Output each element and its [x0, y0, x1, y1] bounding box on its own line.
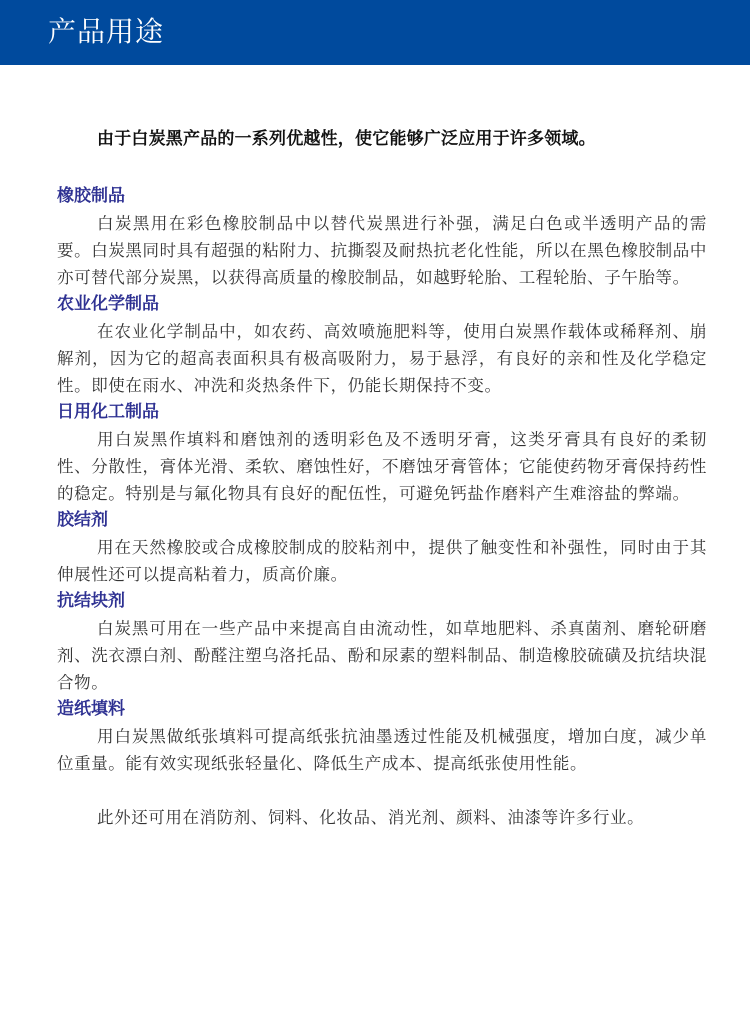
section-daily-chemical: 日用化工制品 用白炭黑作填料和磨蚀剂的透明彩色及不透明牙膏，这类牙膏具有良好的柔…	[57, 399, 707, 507]
section-anticaking: 抗结块剂 白炭黑可用在一些产品中来提高自由流动性，如草地肥料、杀真菌剂、磨轮研磨…	[57, 588, 707, 696]
section-body: 用白炭黑作填料和磨蚀剂的透明彩色及不透明牙膏，这类牙膏具有良好的柔韧性、分散性，…	[57, 426, 707, 507]
section-heading: 橡胶制品	[57, 183, 707, 210]
section-agrochemical: 农业化学制品 在农业化学制品中，如农药、高效喷施肥料等，使用白炭黑作载体或稀释剂…	[57, 291, 707, 399]
section-body: 用白炭黑做纸张填料可提高纸张抗油墨透过性能及机械强度，增加白度，减少单位重量。能…	[57, 723, 707, 777]
section-heading: 造纸填料	[57, 696, 707, 723]
section-body: 在农业化学制品中，如农药、高效喷施肥料等，使用白炭黑作载体或稀释剂、崩解剂，因为…	[57, 318, 707, 399]
section-heading: 日用化工制品	[57, 399, 707, 426]
section-adhesive: 胶结剂 用在天然橡胶或合成橡胶制成的胶粘剂中，提供了触变性和补强性，同时由于其伸…	[57, 507, 707, 588]
section-body: 白炭黑用在彩色橡胶制品中以替代炭黑进行补强，满足白色或半透明产品的需要。白炭黑同…	[57, 210, 707, 291]
section-heading: 胶结剂	[57, 507, 707, 534]
intro-text: 由于白炭黑产品的一系列优越性，使它能够广泛应用于许多领域。	[57, 124, 707, 154]
page-header: 产品用途	[0, 0, 750, 65]
section-heading: 农业化学制品	[57, 291, 707, 318]
section-paper-filler: 造纸填料 用白炭黑做纸张填料可提高纸张抗油墨透过性能及机械强度，增加白度，减少单…	[57, 696, 707, 777]
section-rubber: 橡胶制品 白炭黑用在彩色橡胶制品中以替代炭黑进行补强，满足白色或半透明产品的需要…	[57, 183, 707, 291]
content-area: 由于白炭黑产品的一系列优越性，使它能够广泛应用于许多领域。 橡胶制品 白炭黑用在…	[57, 124, 707, 831]
closing-text: 此外还可用在消防剂、饲料、化妆品、消光剂、颜料、油漆等许多行业。	[57, 804, 707, 831]
section-body: 白炭黑可用在一些产品中来提高自由流动性，如草地肥料、杀真菌剂、磨轮研磨剂、洗衣漂…	[57, 615, 707, 696]
section-heading: 抗结块剂	[57, 588, 707, 615]
page-title: 产品用途	[48, 14, 164, 50]
section-body: 用在天然橡胶或合成橡胶制成的胶粘剂中，提供了触变性和补强性，同时由于其伸展性还可…	[57, 534, 707, 588]
